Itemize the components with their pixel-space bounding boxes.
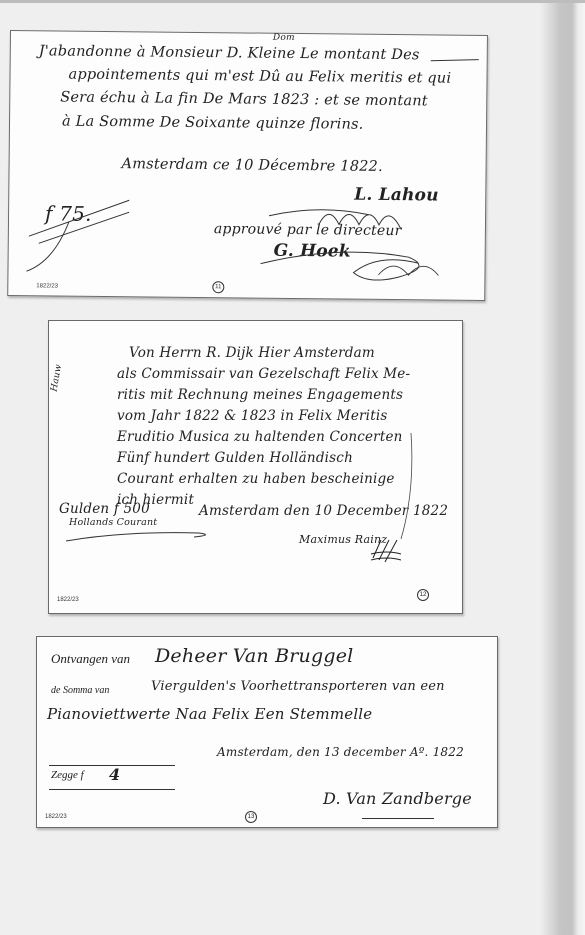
doc12-margin-note: Hauw	[49, 364, 64, 393]
doc11-page-number: 11	[212, 281, 224, 293]
doc13-received-from-value: Deheer Van Bruggel	[155, 645, 353, 667]
doc13-sum-value-line2: Pianoviettwerte Naa Felix Een Stemmelle	[47, 705, 372, 723]
doc13-archive-number: 1822/23	[45, 814, 67, 820]
doc12-line-3: ritis mit Rechnung meines Engagements	[117, 387, 403, 403]
doc12-page-number: 12	[417, 589, 429, 601]
doc13-received-from-label: Ontvangen van	[51, 651, 130, 667]
doc11-line-4: à La Somme De Soixante quinze florins.	[62, 114, 364, 133]
doc12-currency-flourish-icon	[64, 521, 214, 551]
doc11-line-3: Sera échu à La fin De Mars 1823 : et se …	[60, 90, 428, 110]
page-top-edge	[0, 0, 585, 3]
document-receipt-12: Hauw Von Herrn R. Dijk Hier Amsterdam al…	[48, 320, 463, 614]
doc13-zegge-label: Zegge f	[51, 769, 84, 781]
doc13-sum-value: Viergulden's Voorhettransporteren van ee…	[151, 679, 445, 694]
doc12-archive-number: 1822/23	[57, 597, 79, 603]
doc12-line-4: vom Jahr 1822 & 1823 in Felix Meritis	[117, 408, 387, 424]
document-receipt-13: Ontvangen van Deheer Van Bruggel de Somm…	[36, 636, 498, 828]
doc12-line-6: Fünf hundert Gulden Holländisch	[117, 450, 353, 466]
doc12-line-2: als Commissair van Gezelschaft Felix Me-	[117, 366, 410, 382]
doc12-vertical-stroke-icon	[397, 431, 417, 541]
doc11-archive-number: 1822/23	[36, 283, 58, 289]
doc12-line-5: Eruditio Musica zu haltenden Concerten	[117, 429, 403, 445]
doc11-amount-strike-icon	[18, 191, 139, 282]
doc13-date-line: Amsterdam, den 13 december Aº. 1822	[217, 745, 464, 759]
doc12-amount-line: Gulden f 500	[59, 501, 150, 517]
doc11-superscript: Dom	[273, 33, 295, 43]
doc13-signature-underline	[362, 818, 434, 819]
doc11-signature-flourish-icon	[258, 184, 479, 296]
doc13-zegge-value: 4	[109, 765, 120, 784]
doc13-sum-label: de Somma van	[51, 685, 109, 696]
doc13-zegge-bottom-rule	[49, 789, 175, 790]
doc13-page-number: 13	[245, 811, 257, 823]
doc11-top-right-stroke	[431, 59, 479, 61]
doc11-date-line: Amsterdam ce 10 Décembre 1822.	[122, 156, 383, 175]
doc11-line-1: J'abandonne à Monsieur D. Kleine Le mont…	[39, 43, 420, 63]
doc11-line-2: appointements qui m'est Dû au Felix meri…	[68, 67, 451, 87]
doc13-signature: D. Van Zandberge	[323, 789, 472, 808]
doc12-line-7: Courant erhalten zu haben bescheinige	[117, 471, 395, 487]
document-receipt-11: Dom J'abandonne à Monsieur D. Kleine Le …	[7, 30, 488, 301]
doc12-line-1: Von Herrn R. Dijk Hier Amsterdam	[129, 345, 375, 361]
